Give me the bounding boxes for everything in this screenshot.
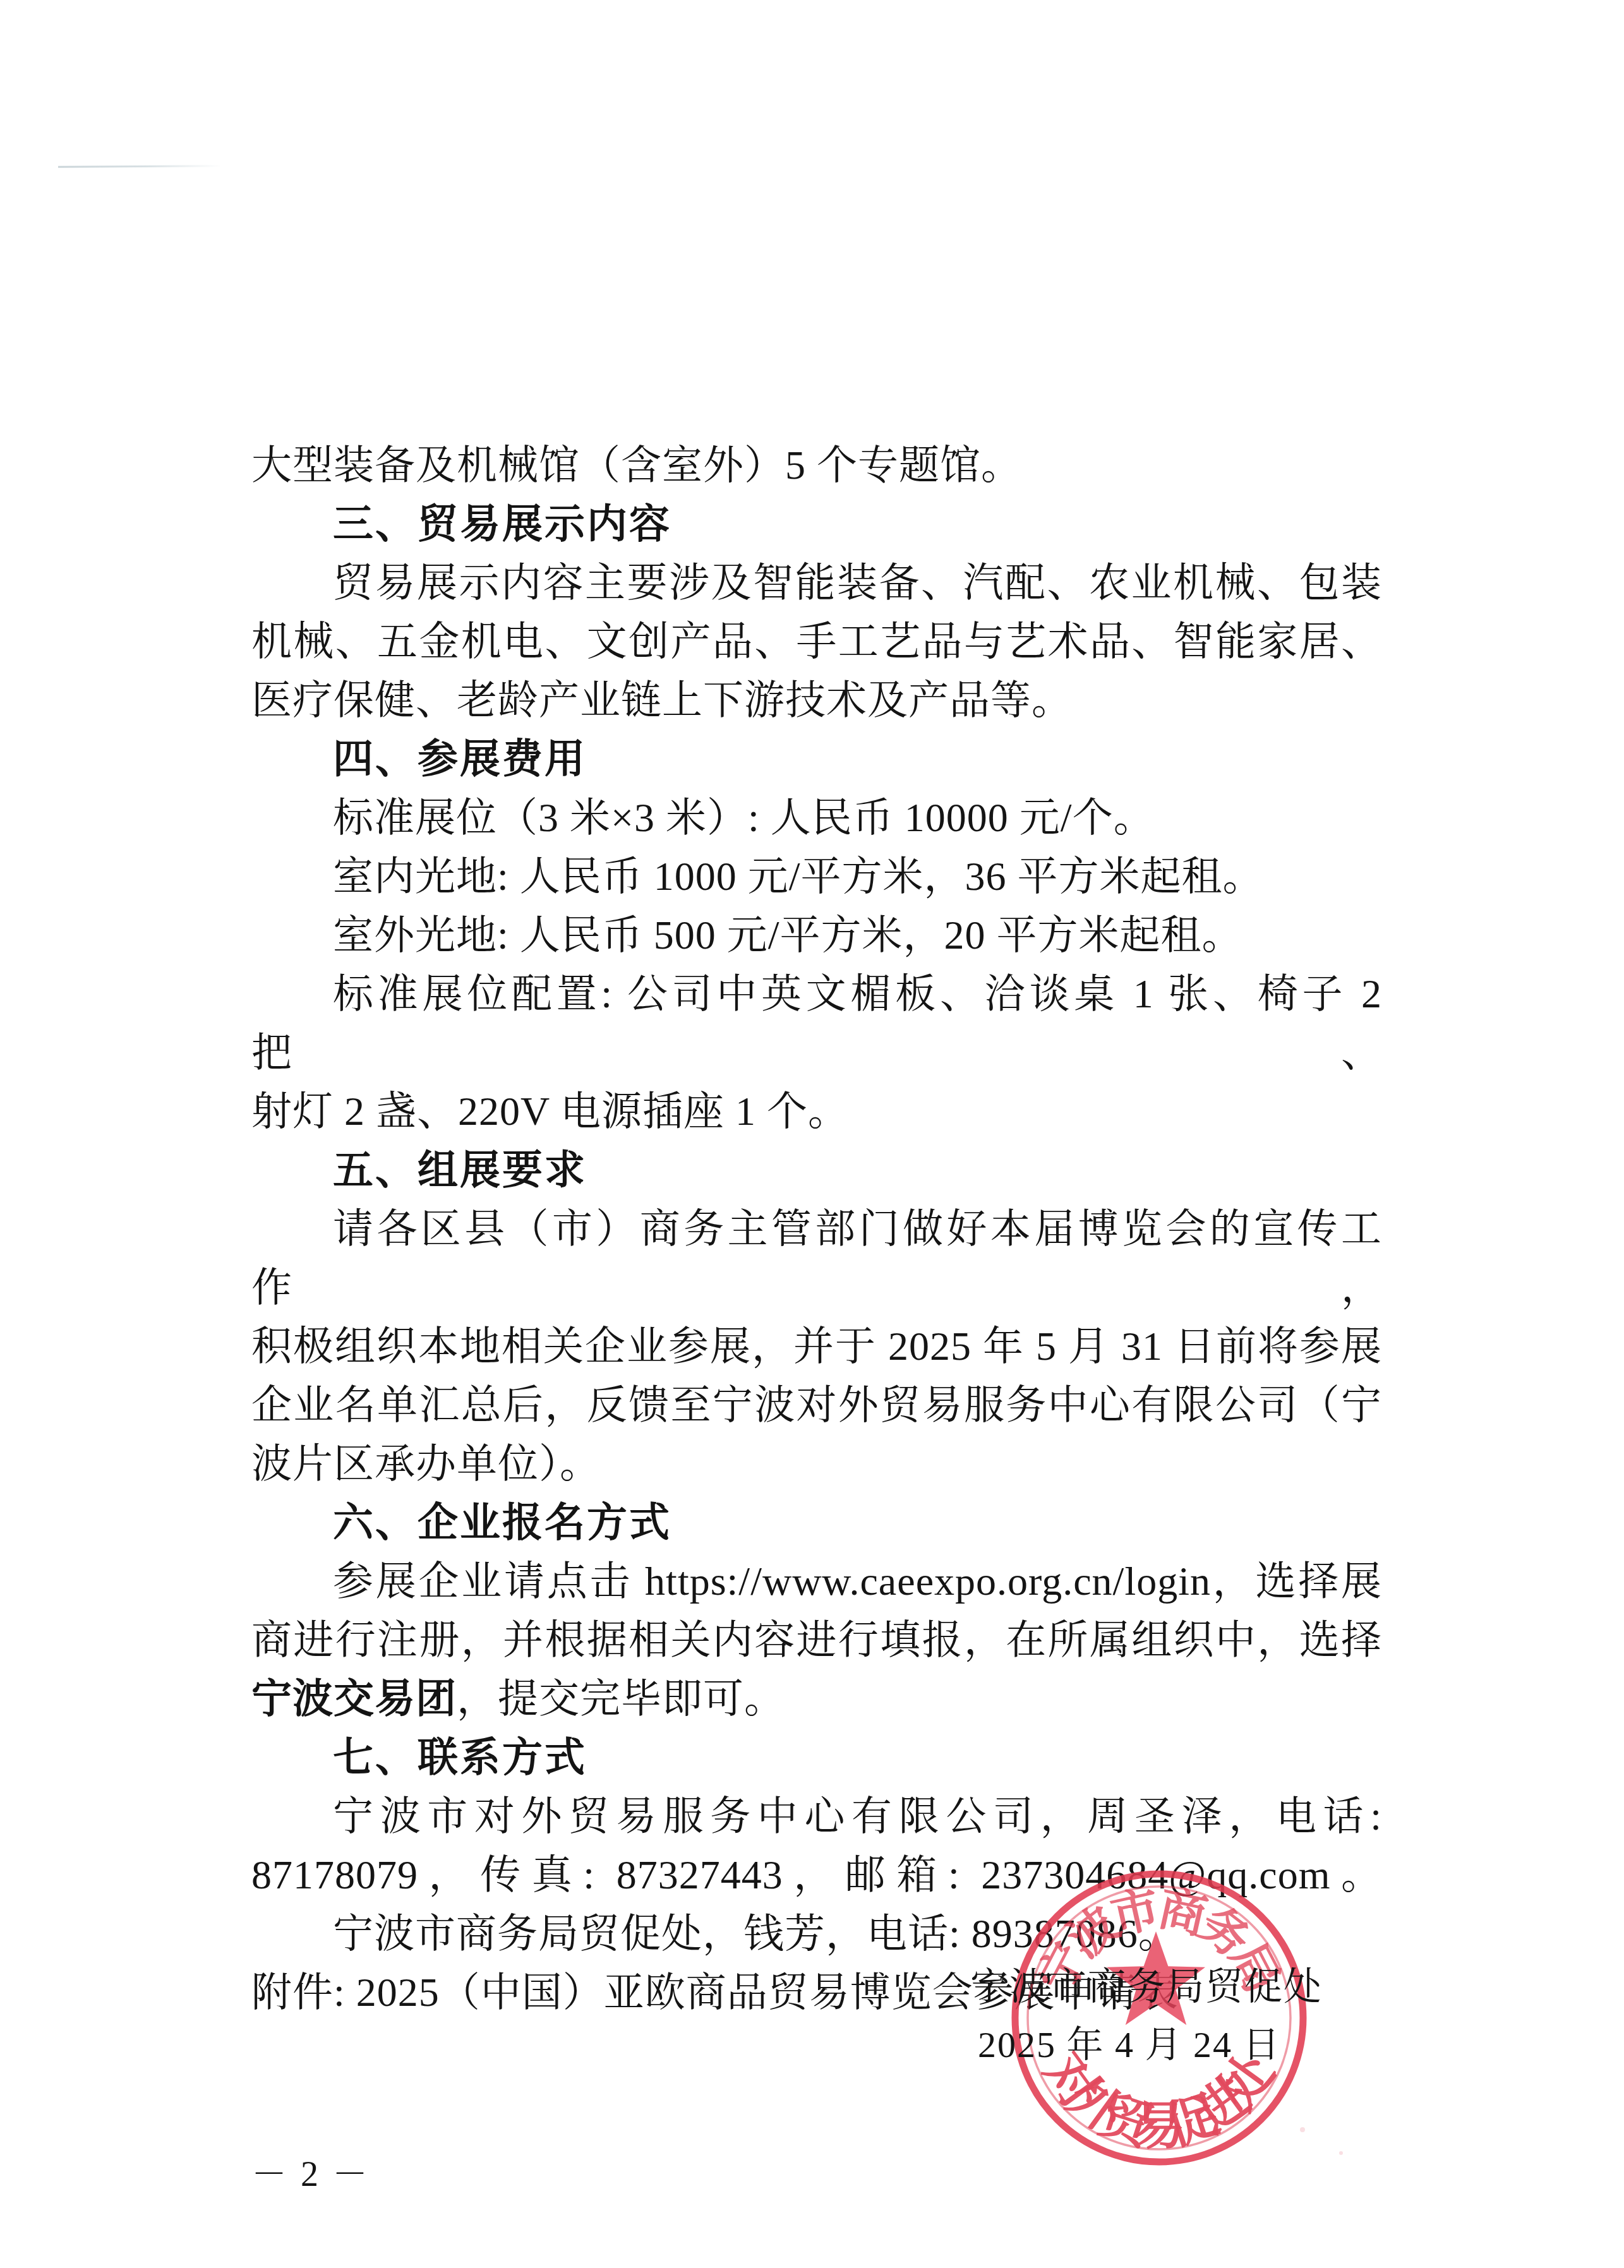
text-line: 87178079，传真: 87327443，邮箱: 237304684@qq.c… <box>251 1845 1382 1904</box>
document-body-text: 大型装备及机械馆（含室外）5 个专题馆。 三、贸易展示内容 贸易展示内容主要涉及… <box>251 436 1382 2022</box>
section-heading-7: 七、联系方式 <box>251 1728 1382 1787</box>
scan-speck <box>1339 2151 1343 2155</box>
bold-run: 宁波交易团 <box>251 1676 457 1721</box>
seal-arc-char: 促 <box>1156 2085 1229 2158</box>
signature-date: 2025 年 4 月 24 日 <box>978 2015 1281 2068</box>
seal-arc-char: 进 <box>1182 2065 1264 2147</box>
section-heading-4: 四、参展费用 <box>251 729 1382 788</box>
seal-arc-char: 贸 <box>1089 2085 1162 2158</box>
text-line: 宁波交易团，提交完毕即可。 <box>251 1669 1382 1728</box>
page-number: － 2 － <box>251 2146 370 2197</box>
text-line: 标准展位配置: 公司中英文楣板、洽谈桌 1 张、椅子 2 把、 <box>251 964 1382 1082</box>
text-line: 商进行注册，并根据相关内容进行填报，在所属组织中，选择 <box>251 1611 1382 1669</box>
seal-arc-char: 易 <box>1130 2097 1188 2156</box>
section-heading-6: 六、企业报名方式 <box>251 1493 1382 1552</box>
text-run: ，提交完毕即可。 <box>457 1676 785 1721</box>
section-heading-3: 三、贸易展示内容 <box>251 495 1382 553</box>
text-line: 机械、五金机电、文创产品、手工艺品与艺术品、智能家居、 <box>251 612 1382 671</box>
text-line: 室外光地: 人民币 500 元/平方米，20 平方米起租。 <box>251 906 1382 964</box>
text-line: 积极组织本地相关企业参展，并于 2025 年 5 月 31 日前将参展 <box>251 1317 1382 1376</box>
scan-artifact-line <box>58 165 221 167</box>
text-line: 大型装备及机械馆（含室外）5 个专题馆。 <box>251 436 1382 495</box>
document-page: 大型装备及机械馆（含室外）5 个专题馆。 三、贸易展示内容 贸易展示内容主要涉及… <box>0 0 1624 2268</box>
text-line: 波片区承办单位）。 <box>251 1434 1382 1493</box>
text-line: 贸易展示内容主要涉及智能装备、汽配、农业机械、包装 <box>251 553 1382 612</box>
text-line: 请各区县（市）商务主管部门做好本届博览会的宣传工作， <box>251 1199 1382 1317</box>
text-line: 射灯 2 盏、220V 电源插座 1 个。 <box>251 1082 1382 1141</box>
text-line: 医疗保健、老龄产业链上下游技术及产品等。 <box>251 671 1382 729</box>
signature-org: 宁波市商务局贸促处 <box>970 1957 1323 2011</box>
text-line: 宁波市对外贸易服务中心有限公司，周圣泽，电话: <box>251 1787 1382 1845</box>
text-line: 标准展位（3 米×3 米）: 人民币 10000 元/个。 <box>251 788 1382 847</box>
text-line-url: 参展企业请点击 https://www.caeexpo.org.cn/login… <box>251 1552 1382 1611</box>
text-line: 室内光地: 人民币 1000 元/平方米，36 平方米起租。 <box>251 847 1382 906</box>
text-line: 宁波市商务局贸促处，钱芳，电话: 89387086。 <box>251 1904 1382 1963</box>
section-heading-5: 五、组展要求 <box>251 1141 1382 1199</box>
scan-speck <box>1300 2127 1305 2132</box>
seal-arc-char: 外 <box>1055 2065 1136 2147</box>
text-line: 企业名单汇总后，反馈至宁波对外贸易服务中心有限公司（宁 <box>251 1376 1382 1434</box>
